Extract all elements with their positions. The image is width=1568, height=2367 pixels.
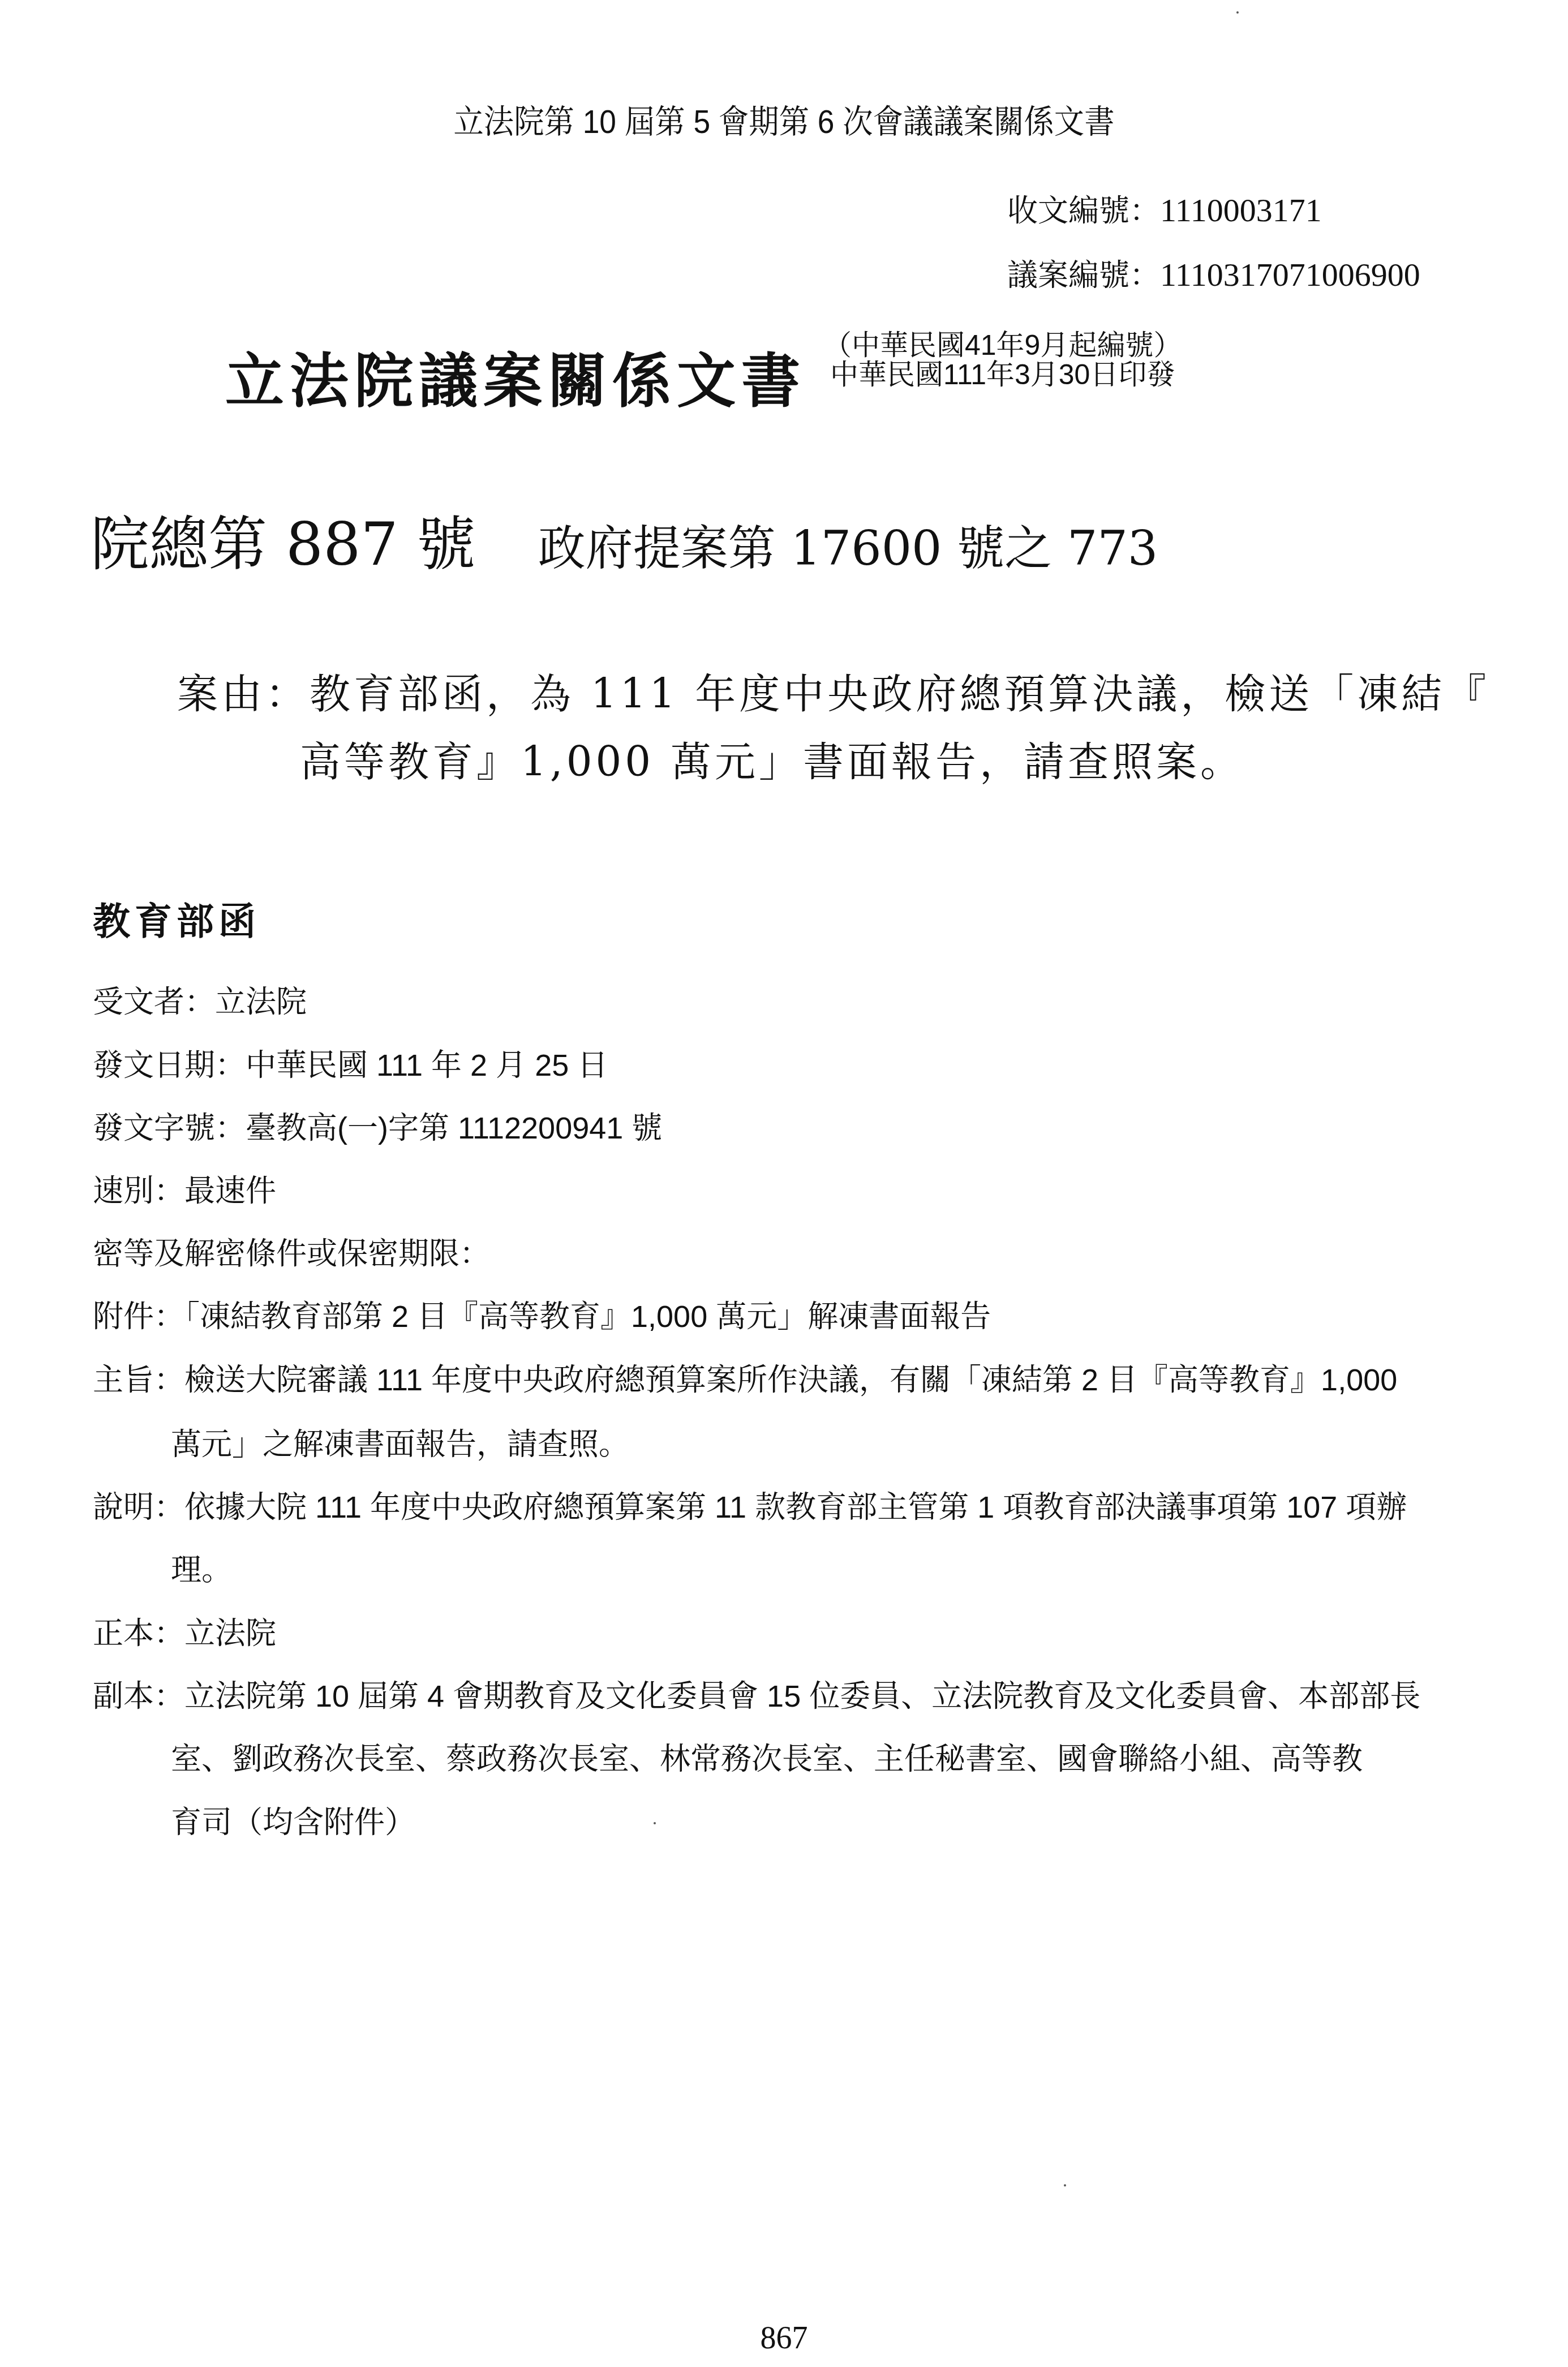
original-label: 正本： <box>93 1617 184 1651</box>
page-number: 867 <box>0 2320 1568 2356</box>
scan-speck <box>1236 11 1239 14</box>
field-label: 速別： <box>93 1174 184 1208</box>
original-recipient: 正本：立法院 <box>93 1609 276 1653</box>
bill-number-value: 1110317071006900 <box>1160 256 1420 293</box>
copy-line2: 室、劉政務次長室、蔡政務次長室、林常務次長室、主任秘書室、國會聯絡小組、高等教 <box>171 1735 1363 1779</box>
subject-line2: 萬元」之解凍書面報告，請查照。 <box>171 1420 629 1464</box>
explanation-line2: 理。 <box>171 1546 232 1590</box>
case-number: 院總第 887 號政府提案第 17600 號之 773 <box>91 497 1158 582</box>
bill-number: 議案編號：1110317071006900 <box>1007 251 1420 295</box>
field-confidentiality: 密等及解密條件或保密期限： <box>93 1230 490 1273</box>
field-value: 最速件 <box>184 1174 276 1208</box>
receipt-number-label: 收文編號： <box>1007 194 1160 228</box>
explanation-text: 依據大院 111 年度中央政府總預算案第 11 款教育部主管第 1 項教育部決議… <box>184 1490 1407 1524</box>
field-label: 密等及解密條件或保密期限： <box>93 1237 490 1271</box>
copy-label: 副本： <box>93 1679 184 1713</box>
subject-line1: 主旨：檢送大院審議 111 年度中央政府總預算案所作決議，有關「凍結第 2 目『… <box>93 1356 1397 1399</box>
copy-text: 立法院第 10 屆第 4 會期教育及文化委員會 15 位委員、立法院教育及文化委… <box>184 1679 1420 1713</box>
field-issue-number: 發文字號：臺教高(一)字第 1112200941 號 <box>93 1104 662 1148</box>
field-issue-date: 發文日期：中華民國 111 年 2 月 25 日 <box>93 1041 608 1085</box>
subject-label: 主旨： <box>93 1363 184 1397</box>
explanation-line1: 說明：依據大院 111 年度中央政府總預算案第 11 款教育部主管第 1 項教育… <box>93 1483 1407 1527</box>
letter-heading: 教育部函 <box>93 891 260 945</box>
explanation-label: 說明： <box>93 1490 184 1524</box>
field-value: 立法院 <box>215 985 307 1019</box>
numbering-since: （中華民國41年9月起編號） <box>823 330 1182 360</box>
case-reason-line2: 高等教育』1,000 萬元」書面報告，請查照案。 <box>300 729 1244 788</box>
field-value: 「凍結教育部第 2 目『高等教育』1,000 萬元」解凍書面報告 <box>184 1300 991 1334</box>
document-title: 立法院議案關係文書 <box>225 334 806 419</box>
field-label: 發文字號： <box>93 1111 246 1145</box>
scan-speck <box>1064 2184 1066 2186</box>
receipt-number-value: 1110003171 <box>1160 192 1322 229</box>
field-label: 受文者： <box>93 985 215 1019</box>
field-value: 臺教高(一)字第 1112200941 號 <box>246 1111 662 1145</box>
subject-text: 檢送大院審議 111 年度中央政府總預算案所作決議，有關「凍結第 2 目『高等教… <box>184 1363 1397 1397</box>
copy-line1: 副本：立法院第 10 屆第 4 會期教育及文化委員會 15 位委員、立法院教育及… <box>93 1672 1420 1716</box>
document-subtitle: （中華民國41年9月起編號） 中華民國111年3月30日印發 <box>823 330 1182 389</box>
print-date: 中華民國111年3月30日印發 <box>823 360 1182 389</box>
scan-speck <box>654 1822 656 1824</box>
original-value: 立法院 <box>184 1617 276 1651</box>
gov-proposal-number: 政府提案第 17600 號之 773 <box>538 521 1158 576</box>
yuan-total-number: 院總第 887 號 <box>91 510 476 579</box>
copy-line3: 育司（均含附件） <box>171 1798 415 1842</box>
running-header: 立法院第 10 屆第 5 會期第 6 次會議議案關係文書 <box>63 95 1505 143</box>
bill-number-label: 議案編號： <box>1007 259 1160 293</box>
field-value: 中華民國 111 年 2 月 25 日 <box>246 1049 608 1082</box>
field-recipient: 受文者：立法院 <box>93 978 307 1021</box>
field-attachment: 附件：「凍結教育部第 2 目『高等教育』1,000 萬元」解凍書面報告 <box>93 1292 991 1336</box>
field-speed: 速別：最速件 <box>93 1167 276 1210</box>
field-label: 附件： <box>93 1300 184 1334</box>
case-reason-line1: 案由：教育部函，為 111 年度中央政府總預算決議，檢送「凍結『 <box>177 661 1489 720</box>
receipt-number: 收文編號：1110003171 <box>1007 187 1322 230</box>
field-label: 發文日期： <box>93 1049 246 1082</box>
